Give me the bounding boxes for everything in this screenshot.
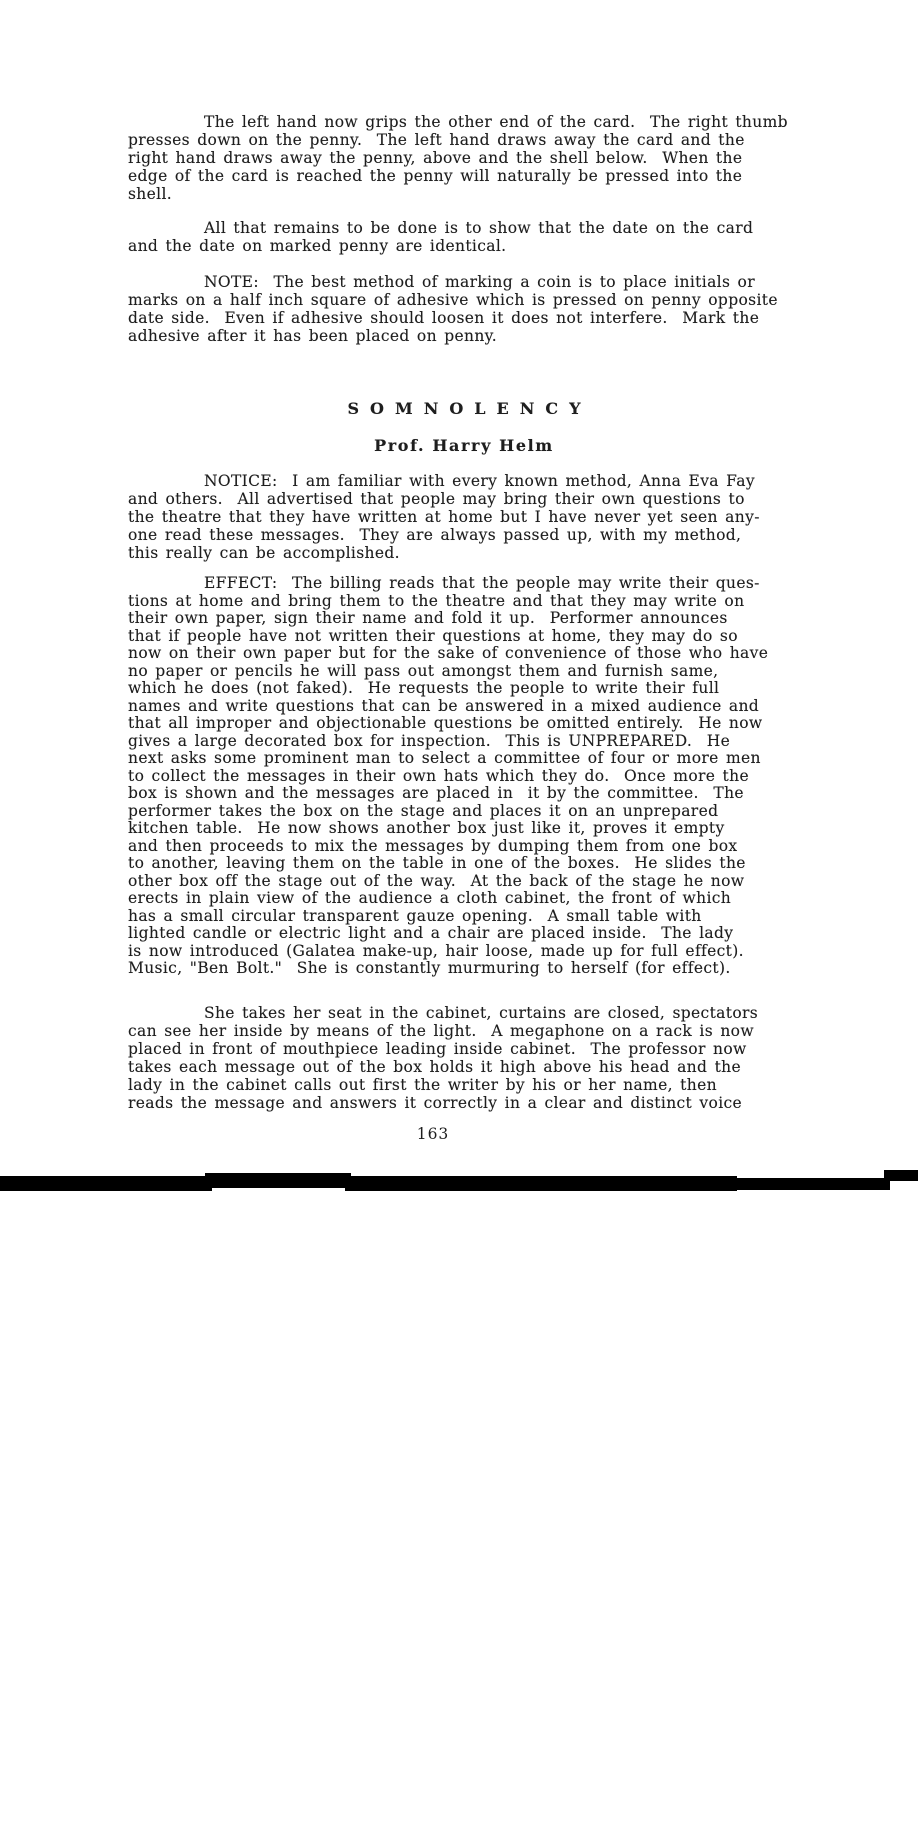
paragraph-note-marking-coin: NOTE: The best method of marking a coin … (128, 273, 800, 345)
article-byline: Prof. Harry Helm (128, 436, 800, 455)
scanned-book-page: The left hand now grips the other end of… (0, 0, 918, 1836)
ink-bar-segment (884, 1170, 918, 1181)
ink-bar-segment (0, 1176, 212, 1191)
article-title: SOMNOLENCY (128, 399, 800, 418)
ink-bar-segment (205, 1173, 351, 1188)
paragraph-cabinet-seance: She takes her seat in the cabinet, curta… (128, 1004, 800, 1112)
ink-bar-segment (730, 1178, 890, 1190)
page-number: 163 (128, 1125, 738, 1143)
paragraph-notice: NOTICE: I am familiar with every known m… (128, 472, 800, 562)
paragraph-date-identical: All that remains to be done is to show t… (128, 219, 800, 255)
paragraph-effect: EFFECT: The billing reads that the peopl… (128, 575, 800, 978)
paragraph-card-penny-method: The left hand now grips the other end of… (128, 113, 800, 203)
ink-bar-segment (345, 1176, 737, 1191)
